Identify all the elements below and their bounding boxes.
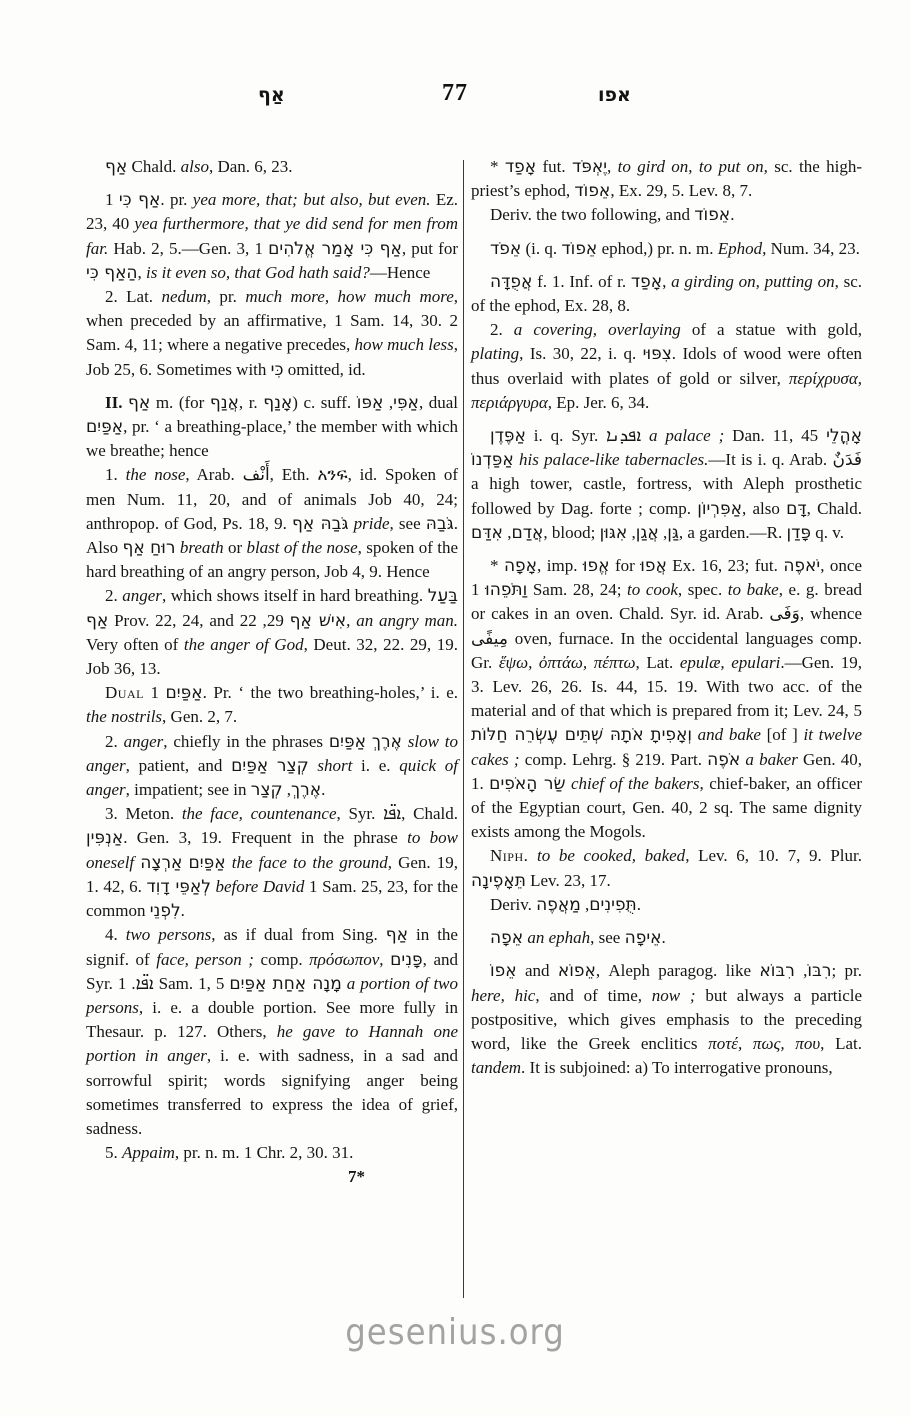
column-divider-line xyxy=(463,160,464,1298)
text-run: , xyxy=(283,780,292,799)
text-run: ποτέ, πως, που xyxy=(708,1034,820,1053)
text-run: , blood; xyxy=(543,523,599,542)
paragraph: Deriv. תֻּפִינִים, מַאֲפֶה. xyxy=(471,893,862,917)
paragraph: 2. Lat. nedum, pr. much more, how much m… xyxy=(86,285,458,382)
paragraph: Deriv. the two following, and אֵפוֹד. xyxy=(471,203,862,227)
text-run: גַּן xyxy=(667,523,679,543)
text-run: מָנָה אַחַת אַפַּיִם xyxy=(229,974,341,994)
text-run: Niph. xyxy=(490,846,528,865)
text-run: אֵפָה xyxy=(490,928,523,948)
text-run: Hab. 2, 5.—Gen. 3, 1 xyxy=(108,239,268,258)
paragraph: 2. a covering, overlaying of a statue wi… xyxy=(471,318,862,415)
text-run: אָפַד xyxy=(505,157,536,177)
text-run: , Chald. xyxy=(401,804,458,823)
paragraph: * אָפַד fut. יֶאְפֹּד, to gird on, to pu… xyxy=(471,155,862,203)
text-run: Deriv. xyxy=(490,895,536,914)
text-run: אַף xyxy=(386,925,408,945)
text-run: and xyxy=(517,961,558,980)
paragraph: 1. the nose, Arab. أَنْف, Eth. አንፍ, id. … xyxy=(86,463,458,584)
text-run: Lev. 23, 17. xyxy=(526,871,611,890)
text-run: , xyxy=(662,272,671,291)
text-run: and bake xyxy=(698,725,761,744)
text-run: , once xyxy=(820,556,862,575)
text-run: אֲפֻדָּה xyxy=(490,272,532,292)
text-run: , as if dual from Sing. xyxy=(211,925,386,944)
right-column: * אָפַד fut. יֶאְפֹּד, to gird on, to pu… xyxy=(471,155,862,1080)
text-run: אֲפוּ xyxy=(640,556,667,576)
text-run: , pr. n. m. 1 Chr. 2, 30. 31. xyxy=(175,1143,354,1162)
paragraph: אֲפֻדָּה f. 1. Inf. of r. אָפַד, a girdi… xyxy=(471,270,862,318)
text-run: , whence xyxy=(800,604,862,623)
text-run: face, person ; xyxy=(156,950,254,969)
text-run: . 1 Sam. 1, 5 xyxy=(118,974,229,993)
text-run: אֵפוֹ xyxy=(490,961,517,981)
text-run: —It is i. q. Arab. xyxy=(708,450,832,469)
text-run: anger xyxy=(122,586,162,605)
text-run: II. xyxy=(105,393,128,412)
text-run: , Aleph paragog. like xyxy=(596,961,760,980)
text-run: or xyxy=(224,538,247,557)
text-run: , pr. xyxy=(207,287,246,306)
text-run: אִישׁ אַף xyxy=(290,611,346,631)
text-run: , Syr. xyxy=(337,804,384,823)
text-run xyxy=(528,846,537,865)
text-run: אַפַּיִם xyxy=(329,732,366,752)
text-run: a baker xyxy=(745,750,797,769)
text-run: לְאַפֵּי דָוִד xyxy=(147,877,211,897)
text-run: . xyxy=(637,895,641,914)
text-run: also xyxy=(181,157,209,176)
text-run: רִבּוֹ xyxy=(807,961,831,981)
text-run: plating xyxy=(471,344,519,363)
text-run: , Ex. 29, 5. Lev. 8, 7. xyxy=(610,181,752,200)
text-run: Deriv. the two following, and xyxy=(490,205,694,224)
text-run: קְצַר xyxy=(277,756,309,776)
text-run: אֹפֶה xyxy=(707,750,740,770)
text-run: 2. xyxy=(490,320,514,339)
text-run: Ephod xyxy=(718,239,762,258)
text-run: , a garden.—R. xyxy=(679,523,787,542)
paragraph: אַף Chald. also, Dan. 6, 23. xyxy=(86,155,458,179)
text-run: the face to the ground xyxy=(232,853,388,872)
text-run: * xyxy=(490,157,505,176)
text-run: , xyxy=(581,895,590,914)
text-run: 5. xyxy=(105,1143,122,1162)
text-run: אַפַּיִם xyxy=(231,756,268,776)
text-run: תֵּאָפֶינָה xyxy=(471,871,526,891)
paragraph: 7* xyxy=(86,1165,458,1189)
text-run: of a statue with gold, xyxy=(681,320,862,339)
text-run: אֲנַף xyxy=(210,393,239,413)
paragraph: Niph. to be cooked, baked, Lev. 6, 10. 7… xyxy=(471,844,862,892)
text-run: 4. xyxy=(105,925,126,944)
text-run: , Lat. xyxy=(820,1034,862,1053)
paragraph: 2. anger, which shows itself in hard bre… xyxy=(86,584,458,681)
text-run xyxy=(641,426,649,445)
text-run: . xyxy=(662,928,666,947)
text-run: his palace-like tabernacles. xyxy=(519,450,708,469)
text-run: אַפַּיִם xyxy=(189,853,226,873)
text-run: the nose xyxy=(126,465,186,484)
text-run: אֵפוֹד xyxy=(694,205,730,225)
page-number: 77 xyxy=(425,80,485,107)
text-run: אַרְצָה xyxy=(140,853,182,873)
paragraph: II. אַף m. (for אֲנַף, r. אָנַף) c. suff… xyxy=(86,391,458,464)
text-run: אֶרֶךְ xyxy=(291,780,321,800)
text-run: , see xyxy=(590,928,624,947)
text-run: breath xyxy=(180,538,224,557)
text-run: is it even so, that God hath said? xyxy=(146,263,370,282)
text-run: chief of the bakers xyxy=(571,774,700,793)
text-run: to cook xyxy=(627,580,678,599)
text-run: ) c. suff. xyxy=(292,393,356,412)
text-run: צִפּוּי xyxy=(643,344,672,364)
text-run: , spec. xyxy=(678,580,728,599)
text-run: now ; xyxy=(652,986,696,1005)
text-run: , imp. xyxy=(537,556,583,575)
text-run: i. q. Syr. xyxy=(526,426,606,445)
text-run: אֶרֶךְ xyxy=(372,732,402,752)
text-run: דָּם xyxy=(786,499,807,519)
paragraph: אֵפָה an ephah, see אֵיפָה. xyxy=(471,926,862,950)
text-run: , dual xyxy=(419,393,458,412)
text-run: רוּחַ אַף xyxy=(122,538,175,558)
text-run: Chald. xyxy=(127,157,180,176)
text-run: יֶאְפֹּד xyxy=(572,157,607,177)
text-run: to bake xyxy=(728,580,779,599)
text-run: , Gen. 2, 7. xyxy=(162,707,237,726)
text-run: , xyxy=(607,157,618,176)
text-run: אָפַד xyxy=(631,272,662,292)
paragraph: Dual אַפַּיִם 1. Pr. ‘ the two breathing… xyxy=(86,681,458,729)
text-run: אַף כִּי xyxy=(119,190,161,210)
text-run: , xyxy=(138,263,147,282)
text-run: שַׂר הָאֹפִים xyxy=(489,774,565,794)
text-run: فَدَنٌ xyxy=(832,450,862,470)
text-run: . xyxy=(181,901,185,920)
text-run: but also, but even. xyxy=(303,190,430,209)
text-run: ; pr. xyxy=(831,961,862,980)
text-run: short xyxy=(317,756,352,775)
text-run: 2. xyxy=(105,732,124,751)
text-run: i. e. xyxy=(352,756,399,775)
text-run: q. v. xyxy=(811,523,844,542)
text-run: אָנַף xyxy=(263,393,292,413)
text-run: * xyxy=(490,556,504,575)
text-run: אַפַּיִם xyxy=(166,683,203,703)
text-run: פָּדַן xyxy=(787,523,812,543)
text-run: אַף כִּי אָמַר אֱלֹהִים xyxy=(268,239,402,259)
paragraph: אֵפוֹ and אֵפוֹא, Aleph paragog. like רִ… xyxy=(471,959,862,1080)
text-run: an ephah xyxy=(527,928,590,947)
text-run: , Ep. Jer. 6, 34. xyxy=(548,393,650,412)
text-run: m. (for xyxy=(150,393,210,412)
text-run: אַפִּרְיוֹן xyxy=(697,499,742,519)
text-run: אַפֶּדֶן xyxy=(490,426,526,446)
text-run: יֹאפֶה xyxy=(783,556,820,576)
paragraph: אֵפֹד (i. q. אֵפוֹד ephod,) pr. n. m. Ep… xyxy=(471,237,862,261)
text-run: הַאַף כִּי xyxy=(86,263,138,283)
text-run: , chiefly in the phrases xyxy=(163,732,329,751)
text-run: ܐܦ̈ܐ xyxy=(136,974,154,994)
text-run: , Is. 30, 22, i. q. xyxy=(519,344,642,363)
text-run: , xyxy=(795,961,808,980)
text-run: two persons xyxy=(126,925,211,944)
text-run: to be cooked, baked xyxy=(537,846,685,865)
text-run: אִדַּם xyxy=(471,523,503,543)
text-run: , put for xyxy=(402,239,458,258)
text-run: وَفَى xyxy=(769,604,800,624)
text-run: epulæ, epulari xyxy=(680,653,781,672)
text-run: ܐܦܕܢܐ xyxy=(606,426,641,446)
text-run: a covering, overlaying xyxy=(514,320,681,339)
text-run: אֵיפָה xyxy=(625,928,662,948)
text-run: أَنْف xyxy=(243,465,270,485)
text-run: גֹּבַהּ אַף xyxy=(292,514,348,534)
watermark: gesenius.org xyxy=(0,1312,910,1353)
text-run: Very often of xyxy=(86,635,184,654)
text-run: Dual xyxy=(105,683,144,702)
text-run: אַפִּי xyxy=(393,393,419,413)
text-run: , xyxy=(659,523,668,542)
text-run: 2. Lat. xyxy=(105,287,161,306)
text-run: וְאָפִיתָ אֹתָהּ שְׁתֵּים עֶשְׂרֵה חַלּו… xyxy=(471,725,692,745)
text-run: אֲגַן xyxy=(636,523,659,543)
paragraph: 2. anger, chiefly in the phrases אֶרֶךְ … xyxy=(86,730,458,803)
text-run: . xyxy=(321,780,325,799)
text-run: a girding on, putting on xyxy=(671,272,834,291)
header-keyword-left: אַף xyxy=(258,84,285,106)
text-run: רִבּוֹא xyxy=(759,961,794,981)
text-run: , and of time, xyxy=(535,986,651,1005)
text-run: the anger of God xyxy=(184,635,304,654)
text-run xyxy=(268,756,277,775)
text-run: אֲדַם xyxy=(511,523,543,543)
text-run: —Hence xyxy=(370,263,430,282)
text-run: , xyxy=(383,393,393,412)
text-run: how much less xyxy=(355,335,454,354)
text-run: fut. xyxy=(536,157,572,176)
text-run: וַתֹּפֵהוּ xyxy=(485,580,527,600)
text-run: אַף xyxy=(105,157,127,177)
text-run: comp. xyxy=(254,950,309,969)
text-run: אָפָה xyxy=(504,556,537,576)
text-run: , xyxy=(627,523,636,542)
text-run: omitted, id. xyxy=(283,360,365,379)
text-run: 3. Meton. xyxy=(105,804,182,823)
text-run: כִּי xyxy=(271,360,284,380)
text-run: , Lev. 6, 10. 7, 9. Plur. xyxy=(685,846,862,865)
text-run: אַנְפִּין xyxy=(86,828,123,848)
text-run: Appaim xyxy=(122,1143,175,1162)
text-run: anger xyxy=(124,732,164,751)
text-run: the face, countenance xyxy=(182,804,337,823)
text-run: , Num. 34, 23. xyxy=(762,239,860,258)
text-run: . Gen. 3, 19. Frequent in the phrase xyxy=(123,828,407,847)
text-run: tandem xyxy=(471,1058,521,1077)
text-run: Ex. 16, 23; fut. xyxy=(667,556,783,575)
text-run: אַפַּיִם xyxy=(86,417,123,437)
text-run: אֵפוֹד xyxy=(561,239,597,259)
text-run: אַפּוֹ xyxy=(357,393,384,413)
text-run: 7* xyxy=(348,1167,365,1186)
text-run: , impatient; see in xyxy=(126,780,251,799)
text-run: Prov. 22, 24, and xyxy=(108,611,239,630)
text-run: blast of the nose xyxy=(246,538,357,557)
text-run: אַף xyxy=(128,393,150,413)
text-run: אֱפוּ xyxy=(583,556,610,576)
text-run: nedum xyxy=(161,287,206,306)
text-run: אֵפֹד xyxy=(490,239,521,259)
text-run: a palace ; xyxy=(649,426,724,445)
text-run: אֵפוֹד xyxy=(574,181,610,201)
text-run: ἕψω, ὀπτάω, πέπτω xyxy=(499,653,636,672)
text-run: , Chald. xyxy=(807,499,862,518)
text-run: much more, how much more xyxy=(245,287,453,306)
text-run: مِيفًى xyxy=(471,629,508,649)
text-run: , Dan. 6, 23. xyxy=(209,157,293,176)
text-run: , pr. ‘ a breathing-place,’ the member w… xyxy=(86,417,458,460)
text-run: πρόσωπον xyxy=(309,950,379,969)
paragraph: 5. Appaim, pr. n. m. 1 Chr. 2, 30. 31. xyxy=(86,1141,458,1165)
text-run: ܐܦ̈ܐ xyxy=(383,804,401,824)
text-run: f. 1. Inf. of r. xyxy=(532,272,630,291)
text-run: , r. xyxy=(239,393,263,412)
text-run: the nostrils xyxy=(86,707,162,726)
book-page: אַף 77 אפו אַף Chald. also, Dan. 6, 23.א… xyxy=(0,0,910,1416)
text-run: , Lat. xyxy=(636,653,680,672)
text-run: אֵפוֹא xyxy=(558,961,596,981)
paragraph: 3. Meton. the face, countenance, Syr. ܐܦ… xyxy=(86,802,458,923)
text-run: , see xyxy=(390,514,426,533)
text-run: 1. xyxy=(105,465,126,484)
text-run: [of ] xyxy=(761,725,804,744)
paragraph: 4. two persons, as if dual from Sing. אַ… xyxy=(86,923,458,1141)
text-run: לִפְנֵי xyxy=(150,901,181,921)
text-run: comp. Lehrg. § 219. Part. xyxy=(520,750,708,769)
text-run: , xyxy=(379,950,390,969)
text-run: for xyxy=(610,556,641,575)
text-run: , also xyxy=(742,499,786,518)
text-run: . xyxy=(730,205,734,224)
text-run: מַאֲפֶה xyxy=(536,895,581,915)
text-run: to gird on, to put on, xyxy=(618,157,768,176)
text-run: (i. q. xyxy=(521,239,561,258)
header-keyword-right: אפו xyxy=(598,84,631,106)
text-run: yea more, that; xyxy=(193,190,298,209)
text-run: Dan. 11, 45 xyxy=(724,426,826,445)
text-run: pride xyxy=(354,514,390,533)
text-run: קְצַר xyxy=(251,780,283,800)
text-run: አንፍ xyxy=(317,465,347,485)
paragraph: אַפֶּדֶן i. q. Syr. ܐܦܕܢܐ a palace ; Dan… xyxy=(471,424,862,545)
paragraph: * אָפָה, imp. אֱפוּ for אֲפוּ Ex. 16, 23… xyxy=(471,554,862,844)
text-run: אִגּוּן xyxy=(600,523,628,543)
text-run: before David xyxy=(216,877,305,896)
text-run: , which shows itself in hard breathing. xyxy=(162,586,428,605)
text-run: , Eth. xyxy=(270,465,318,484)
text-run: תֻּפִינִים xyxy=(589,895,636,915)
text-run: , Arab. xyxy=(185,465,242,484)
text-run: here, hic xyxy=(471,986,535,1005)
text-run: . It is subjoined: a) To interrogative p… xyxy=(521,1058,833,1077)
text-run: , patient, and xyxy=(126,756,231,775)
text-run: 2. xyxy=(105,586,122,605)
text-run: ephod,) pr. n. m. xyxy=(597,239,717,258)
text-run: an angry man. xyxy=(356,611,458,630)
left-column: אַף Chald. also, Dan. 6, 23.אַף כִּי 1. … xyxy=(86,155,458,1190)
paragraph: אַף כִּי 1. pr. yea more, that; but also… xyxy=(86,188,458,285)
text-run: פָּנִים xyxy=(390,950,423,970)
text-run: גֹּבַהּ xyxy=(426,514,454,534)
